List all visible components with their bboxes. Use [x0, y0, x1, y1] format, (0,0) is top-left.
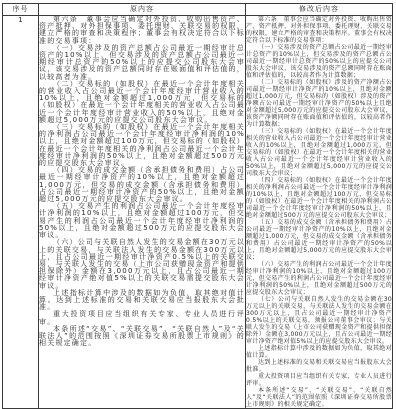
- amendment-comparison-table: 序号 原内容 修改后内容 1 第六条 董事会应当确定对外投资、收购出售资产、资产…: [2, 3, 393, 362]
- paragraph: 第六条 董事会应当确定对外投资、收购出售资产、资产抵押、对外担保事项、委托理财、…: [246, 16, 392, 44]
- revised-content-cell: 第六条 董事会应当确定对外投资、收购出售资产、资产抵押、对外担保事项、委托理财、…: [246, 16, 393, 363]
- table-header-row: 序号 原内容 修改后内容: [3, 4, 393, 16]
- paragraph: （四）交易标的（如股权）在最近一个会计年度相关的净利润占公司最近一个会计年度经审…: [246, 177, 392, 219]
- column-header-revised-content: 修改后内容: [246, 4, 393, 16]
- paragraph: （六）公司与关联自然人发生的交易金额在30万元以上的关联交易，与关联法人发生的交…: [39, 239, 245, 289]
- original-content-cell: 第六条 董事会应当确定对外投资、收购出售资产、资产抵押、对外担保事项、委托理财、…: [39, 16, 246, 363]
- paragraph: （三）交易标的（如股权）在最近一个会计年度相关的净利润占公司最近一个会计年度经审…: [39, 124, 245, 167]
- paragraph: （五）交易的成交金额（含承担债务和费用）占公司最近一期经审计净资产的10%以上，…: [246, 219, 392, 261]
- paragraph: （一）交易涉及的资产总额占公司最近一期经审计总资产的10%以上，但交易涉及的资产…: [39, 45, 245, 81]
- column-header-original-content: 原内容: [39, 4, 246, 16]
- paragraph: 第六条 董事会应当确定对外投资、收购出售资产、资产抵押、对外担保事项、委托理财、…: [39, 16, 245, 45]
- column-header-index: 序号: [3, 4, 39, 16]
- paragraph: （三）交易标的（如股权）在最近一个会计年度相关的营业收入占公司最近一个会计年度经…: [246, 128, 392, 177]
- paragraph: 本条所述“交易”、“关联交易”、“关联自然人”及“关联法人”的范围按照《深圳证券…: [39, 326, 245, 348]
- paragraph: （二）交易标的（如股权）在最近一个会计年度相关的营业收入占公司最近一个会计年度经…: [39, 81, 245, 124]
- paragraph: （七）公司与关联自然人发生的交易金额在30万元以上的关联交易，与关联法人发生的交…: [246, 296, 392, 345]
- paragraph: （六）交易产生的利润占公司最近一个会计年度经审计净利润的10%以上，且绝对金额超…: [246, 261, 392, 296]
- paragraph: （五）交易产生的利润占公司最近一个会计年度经审计净利润的10%以上，且绝对金额超…: [39, 203, 245, 239]
- table-row: 1 第六条 董事会应当确定对外投资、收购出售资产、资产抵押、对外担保事项、委托理…: [3, 16, 393, 363]
- document-page: 序号 原内容 修改后内容 1 第六条 董事会应当确定对外投资、收购出售资产、资产…: [2, 3, 393, 359]
- paragraph: （一）交易涉及的资产总额占公司最近一期经审计总资产的10%以上，但交易涉及的资产…: [246, 44, 392, 79]
- paragraph: （二）交易标的（如股权）涉及的资产净额占公司最近一期经审计净资产的10%以上，且…: [246, 79, 392, 128]
- paragraph: （四）交易的成交金额（含承担债务和费用）占公司最近一期经审计净资产的10%以上，…: [39, 167, 245, 203]
- paragraph: 重大投资项目应当组织有关专家、专业人员进行评审。: [39, 311, 245, 325]
- paragraph: 上述指标计算中涉及的数据如为负值，取其绝对值计算。达到上述标准的交易和关联交易应…: [39, 290, 245, 312]
- row-index-cell: 1: [3, 16, 39, 363]
- paragraph: 上述指标计算中涉及的数据如为负值，取其绝对值计算。: [246, 345, 392, 359]
